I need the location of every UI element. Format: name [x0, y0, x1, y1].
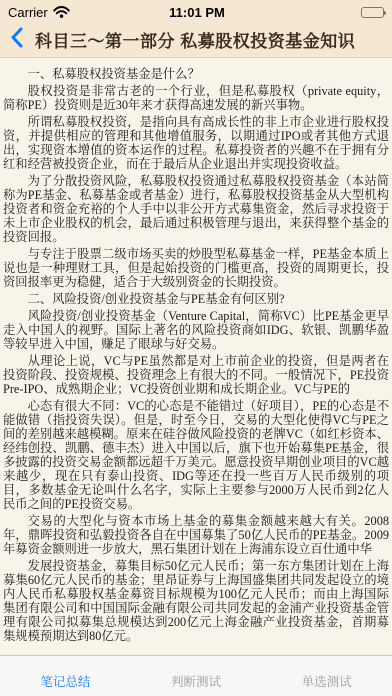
status-left: Carrier	[8, 5, 128, 20]
paragraph: 心态有很大不同：VC的心态是不能错过（好项目），PE的心态是不能做错（指投资失误…	[3, 399, 389, 511]
tab-bar: 笔记总结判断测试单选测试	[0, 655, 392, 696]
clock: 11:01 PM	[128, 5, 266, 20]
wifi-icon	[53, 6, 70, 18]
paragraph: 从理论上说，VC与PE虽然都是对上市前企业的投资，但是两者在投资阶段、投资规模、…	[3, 354, 389, 396]
paragraph: 发展投资基金，募集目标50亿元人民币；第一东方集团计划在上海募集60亿元人民币的…	[3, 559, 389, 643]
paragraph: 股权投资是非常古老的一个行业，但是私募股权（private equity，简称P…	[3, 84, 389, 112]
status-right	[266, 7, 386, 18]
battery-tip	[384, 11, 386, 15]
app-screen: Carrier 11:01 PM	[0, 0, 392, 696]
tab-item-3[interactable]: 单选测试	[261, 672, 392, 690]
battery-icon	[361, 7, 384, 18]
paragraph: 风险投资/创业投资基金（Venture Capital，简称VC）比PE基金更早…	[3, 309, 389, 351]
article[interactable]: 一、私募股权投资基金是什么？股权投资是非常古老的一个行业，但是私募股权（priv…	[0, 58, 392, 655]
tab-item-1[interactable]: 笔记总结	[0, 672, 131, 690]
page-title: 科目三～第一部分 私募股权投资基金知识	[35, 27, 355, 52]
back-button[interactable]	[10, 27, 23, 53]
carrier-label: Carrier	[8, 5, 48, 20]
paragraph: 为了分散投资风险，私募股权投资通过私募股权投资基金（本站简称为PE基金、私募基金…	[3, 174, 389, 244]
status-bar: Carrier 11:01 PM	[0, 0, 392, 22]
paragraph: 与专注于股票二级市场买卖的炒股型私募基金一样，PE基金本质上说也是一种理财工具，…	[3, 247, 389, 289]
section-heading: 一、私募股权投资基金是什么？	[3, 67, 389, 81]
chevron-left-icon	[10, 27, 23, 53]
paragraph: 交易的大型化与资本市场上基金的募集金额越来越大有关。2008年，鼎晖投资和弘毅投…	[3, 514, 389, 556]
nav-bar: 科目三～第一部分 私募股权投资基金知识	[0, 22, 392, 58]
tab-item-2[interactable]: 判断测试	[131, 672, 262, 690]
paragraph: 所谓私募股权投资，是指向具有高成长性的非上市企业进行股权投资，并提供相应的管理和…	[3, 115, 389, 171]
section-heading: 二、风险投资/创业投资基金与PE基金有何区别?	[3, 292, 389, 306]
